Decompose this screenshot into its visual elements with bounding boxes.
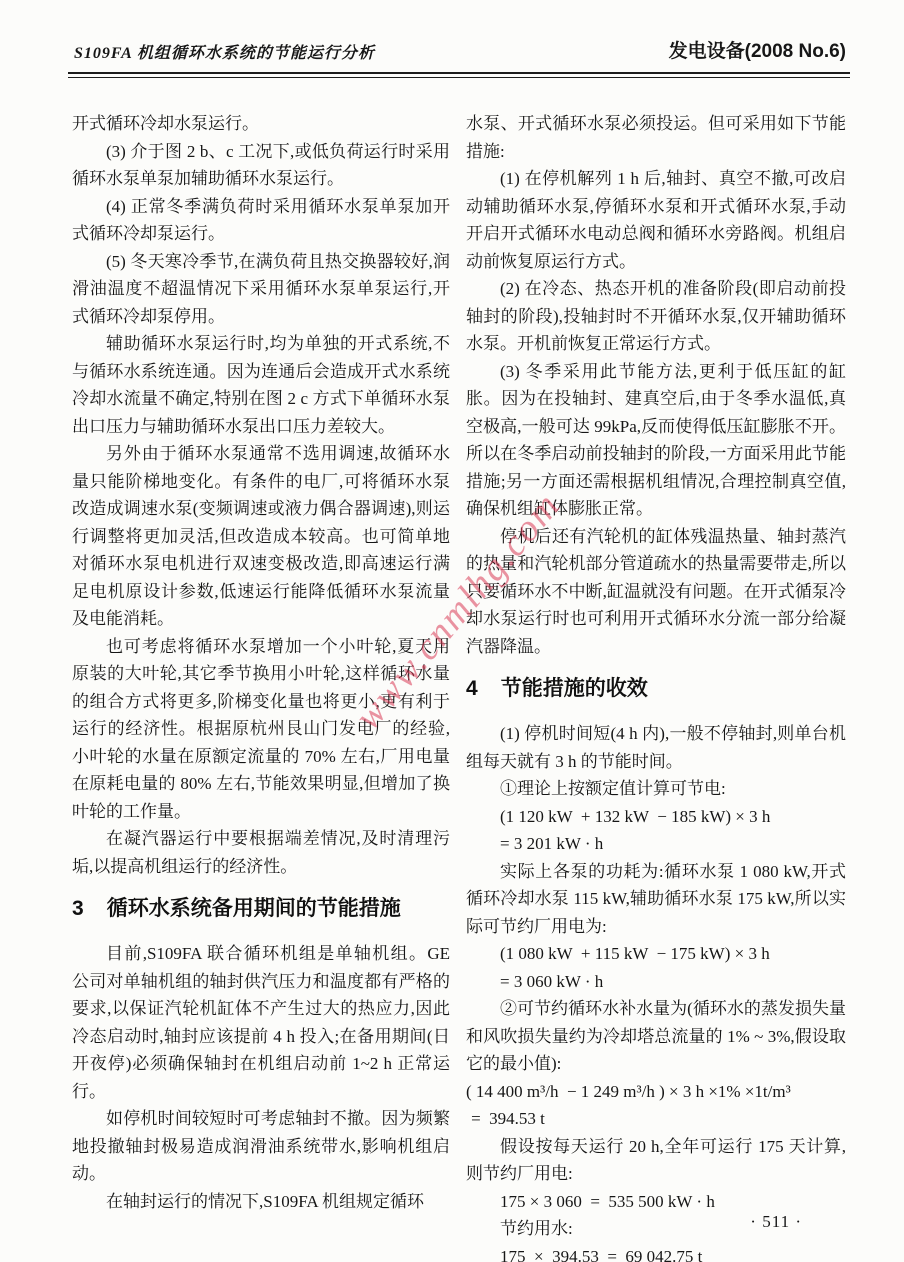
- paragraph: 辅助循环水泵运行时,均为单独的开式系统,不与循环水系统连通。因为连通后会造成开式…: [72, 330, 450, 440]
- formula: 175 × 394.53 = 69 042.75 t: [466, 1243, 846, 1262]
- paragraph: 实际上各泵的功耗为:循环水泵 1 080 kW,开式循环冷却水泵 115 kW,…: [466, 858, 846, 941]
- paragraph: 停机后还有汽轮机的缸体残温热量、轴封蒸汽的热量和汽轮机部分管道疏水的热量需要带走…: [466, 523, 846, 661]
- right-column: 水泵、开式循环水泵必须投运。但可采用如下节能措施: (1) 在停机解列 1 h …: [466, 110, 846, 1262]
- formula-result: = 3 060 kW · h: [466, 968, 846, 996]
- page-number: · 511 ·: [750, 1212, 802, 1232]
- list-item: (3) 冬季采用此节能方法,更利于低压缸的缸胀。因为在投轴封、建真空后,由于冬季…: [466, 358, 846, 523]
- section-number: 4: [466, 677, 478, 700]
- paragraph: 水泵、开式循环水泵必须投运。但可采用如下节能措施:: [466, 110, 846, 165]
- paragraph: 也可考虑将循环水泵增加一个小叶轮,夏天用原装的大叶轮,其它季节换用小叶轮,这样循…: [72, 633, 450, 826]
- section-heading-3: 3循环水系统备用期间的节能措施: [72, 894, 450, 924]
- list-item: (3) 介于图 2 b、c 工况下,或低负荷运行时采用循环水泵单泵加辅助循环水泵…: [72, 138, 450, 193]
- formula-result: = 3 201 kW · h: [466, 830, 846, 858]
- paragraph: 目前,S109FA 联合循环机组是单轴机组。GE 公司对单轴机组的轴封供汽压力和…: [72, 940, 450, 1105]
- section-title: 循环水系统备用期间的节能措施: [107, 897, 401, 920]
- scanned-paper-page: { "header": { "left_title": "S109FA 机组循环…: [0, 0, 904, 1262]
- list-item: (1) 停机时间短(4 h 内),一般不停轴封,则单台机组每天就有 3 h 的节…: [466, 720, 846, 775]
- list-item: (5) 冬天寒冷季节,在满负荷且热交换器较好,润滑油温度不超温情况下采用循环水泵…: [72, 248, 450, 331]
- section-heading-4: 4节能措施的收效: [466, 674, 846, 704]
- formula-result: = 394.53 t: [466, 1105, 846, 1133]
- list-item: (4) 正常冬季满负荷时采用循环水泵单泵加开式循环冷却泵运行。: [72, 193, 450, 248]
- formula: (1 120 kW + 132 kW − 185 kW) × 3 h: [466, 803, 846, 831]
- section-title: 节能措施的收效: [501, 677, 648, 700]
- left-column: 开式循环冷却水泵运行。 (3) 介于图 2 b、c 工况下,或低负荷运行时采用循…: [72, 110, 450, 1215]
- running-head-article-title: S109FA 机组循环水系统的节能运行分析: [74, 40, 375, 63]
- paragraph: 假设按每天运行 20 h,全年可运行 175 天计算,则节约厂用电:: [466, 1133, 846, 1188]
- formula: ( 14 400 m³/h − 1 249 m³/h ) × 3 h ×1% ×…: [466, 1078, 846, 1106]
- paragraph: 另外由于循环水泵通常不选用调速,故循环水量只能阶梯地变化。有条件的电厂,可将循环…: [72, 440, 450, 633]
- paragraph: 在凝汽器运行中要根据端差情况,及时清理污垢,以提高机组运行的经济性。: [72, 825, 450, 880]
- paragraph: 开式循环冷却水泵运行。: [72, 110, 450, 138]
- formula: (1 080 kW + 115 kW − 175 kW) × 3 h: [466, 940, 846, 968]
- header-double-rule: [68, 72, 850, 78]
- formula: 175 × 3 060 = 535 500 kW · h: [466, 1188, 846, 1216]
- paragraph: 如停机时间较短时可考虑轴封不撤。因为频繁地投撤轴封极易造成润滑油系统带水,影响机…: [72, 1105, 450, 1188]
- paragraph: 在轴封运行的情况下,S109FA 机组规定循环: [72, 1188, 450, 1216]
- list-item: (1) 在停机解列 1 h 后,轴封、真空不撤,可改启动辅助循环水泵,停循环水泵…: [466, 165, 846, 275]
- running-head-journal: 发电设备(2008 No.6): [669, 36, 846, 63]
- section-number: 3: [72, 897, 84, 920]
- paragraph: ①理论上按额定值计算可节电:: [466, 775, 846, 803]
- list-item: (2) 在冷态、热态开机的准备阶段(即启动前投轴封的阶段),投轴封时不开循环水泵…: [466, 275, 846, 358]
- paragraph: ②可节约循环水补水量为(循环水的蒸发损失量和风吹损失量约为冷却塔总流量的 1% …: [466, 995, 846, 1078]
